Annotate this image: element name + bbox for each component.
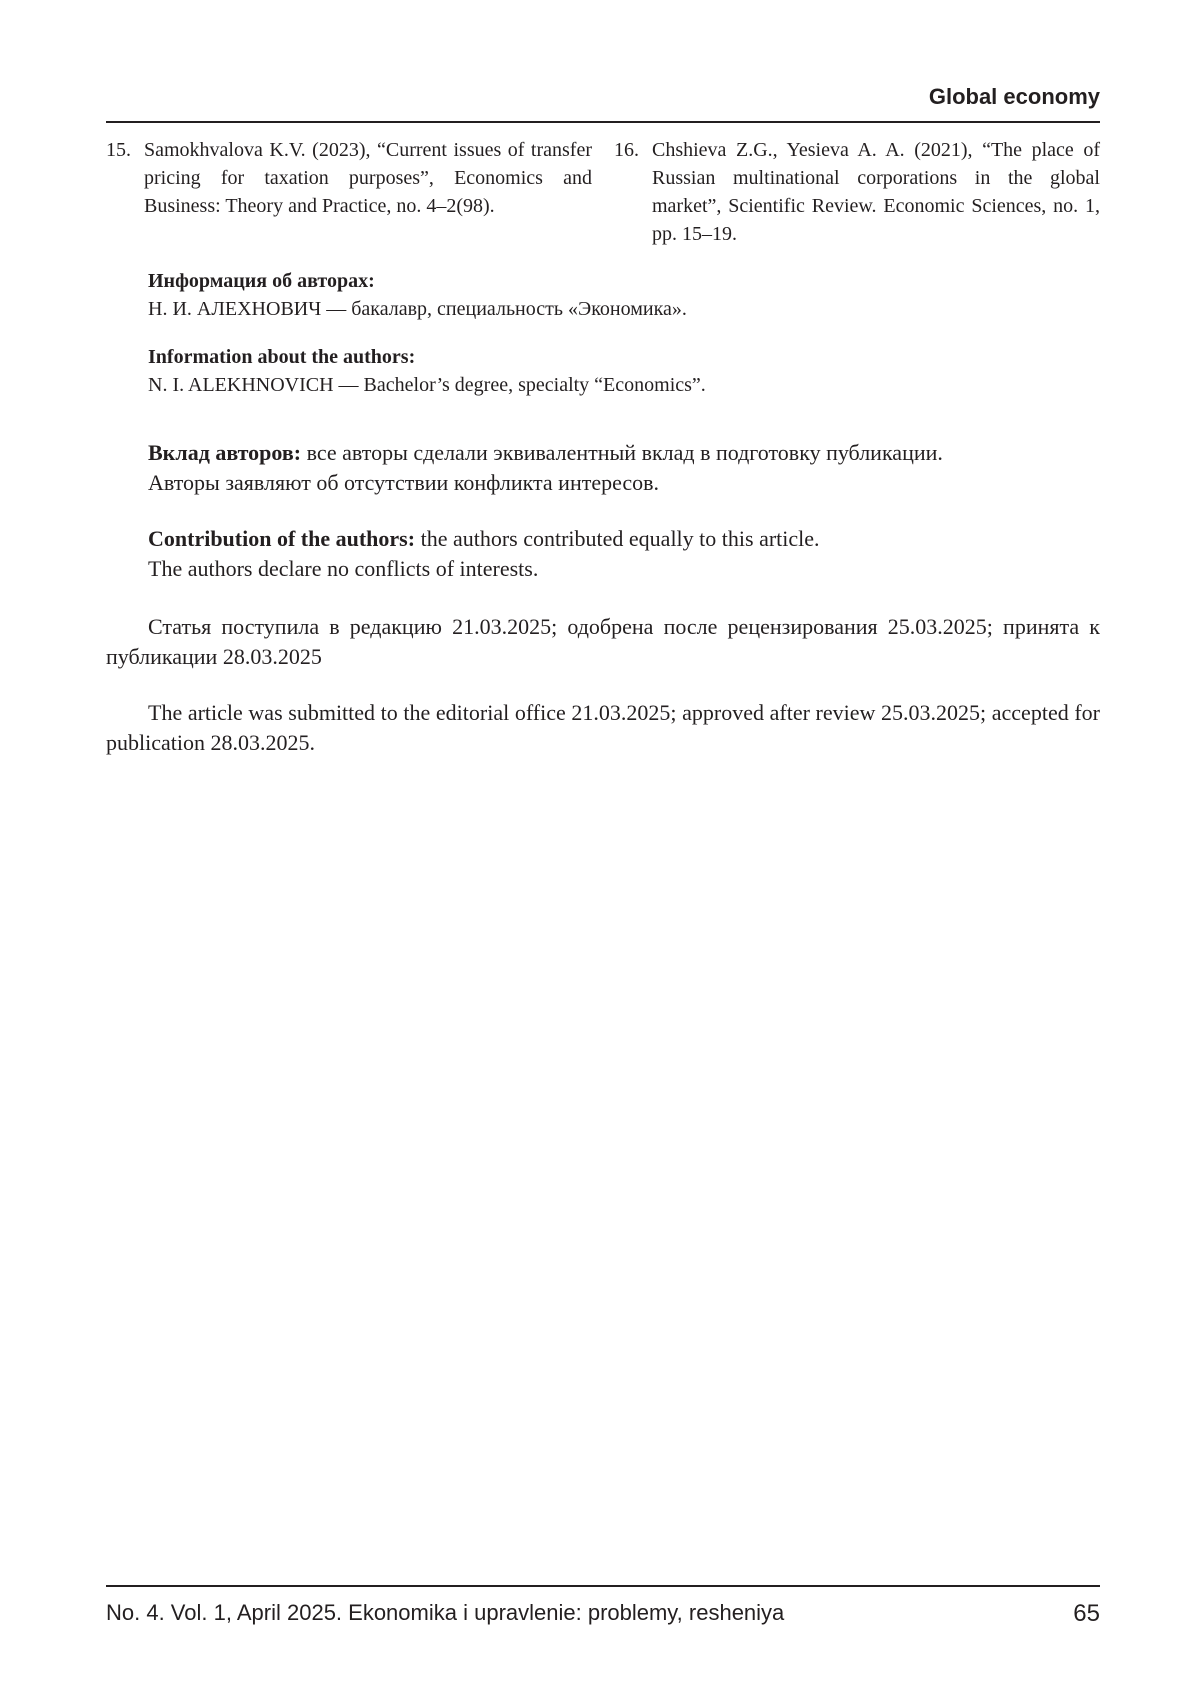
authors-info-ru-text: Н. И. АЛЕХНОВИЧ — бакалавр, специальност… xyxy=(148,295,1100,323)
contribution-ru-line2: Авторы заявляют об отсутствии конфликта … xyxy=(148,468,1100,498)
reference-list: 15. Samokhvalova K.V. (2023), “Current i… xyxy=(106,136,1100,248)
footer-rule xyxy=(106,1585,1100,1587)
header-rule xyxy=(106,121,1100,123)
authors-info-en-text: N. I. ALEKHNOVICH — Bachelor’s degree, s… xyxy=(148,371,1100,399)
authors-info-ru-heading: Информация об авторах: xyxy=(148,270,375,292)
reference-text: Chshieva Z.G., Yesieva A. A. (2021), “Th… xyxy=(652,136,1100,248)
page-number: 65 xyxy=(1073,1600,1100,1628)
reference-number: 16. xyxy=(614,136,652,248)
contribution-ru-text: все авторы сделали эквивалентный вклад в… xyxy=(301,440,943,465)
contribution-en-text: the authors contributed equally to this … xyxy=(415,526,819,551)
reference-text: Samokhvalova K.V. (2023), “Current issue… xyxy=(144,136,592,248)
authors-info-en-heading: Information about the authors: xyxy=(148,346,415,368)
running-head-section: Global economy xyxy=(929,84,1100,110)
contribution-ru: Вклад авторов: все авторы сделали эквива… xyxy=(148,438,1100,498)
contribution-en-label: Contribution of the authors: xyxy=(148,526,415,551)
contribution-ru-label: Вклад авторов: xyxy=(148,440,301,465)
contribution-en: Contribution of the authors: the authors… xyxy=(148,524,1100,584)
dates-en: The article was submitted to the editori… xyxy=(106,698,1100,758)
contribution-en-line2: The authors declare no conflicts of inte… xyxy=(148,554,1100,584)
authors-info-en: Information about the authors: N. I. ALE… xyxy=(148,343,1100,399)
authors-info-ru: Информация об авторах: Н. И. АЛЕХНОВИЧ —… xyxy=(148,267,1100,323)
reference-item: 15. Samokhvalova K.V. (2023), “Current i… xyxy=(106,136,592,248)
journal-citation: No. 4. Vol. 1, April 2025. Ekonomika i u… xyxy=(106,1600,784,1628)
dates-ru: Статья поступила в редакцию 21.03.2025; … xyxy=(106,612,1100,672)
page-footer: No. 4. Vol. 1, April 2025. Ekonomika i u… xyxy=(106,1600,1100,1628)
reference-item: 16. Chshieva Z.G., Yesieva A. A. (2021),… xyxy=(614,136,1100,248)
reference-number: 15. xyxy=(106,136,144,248)
